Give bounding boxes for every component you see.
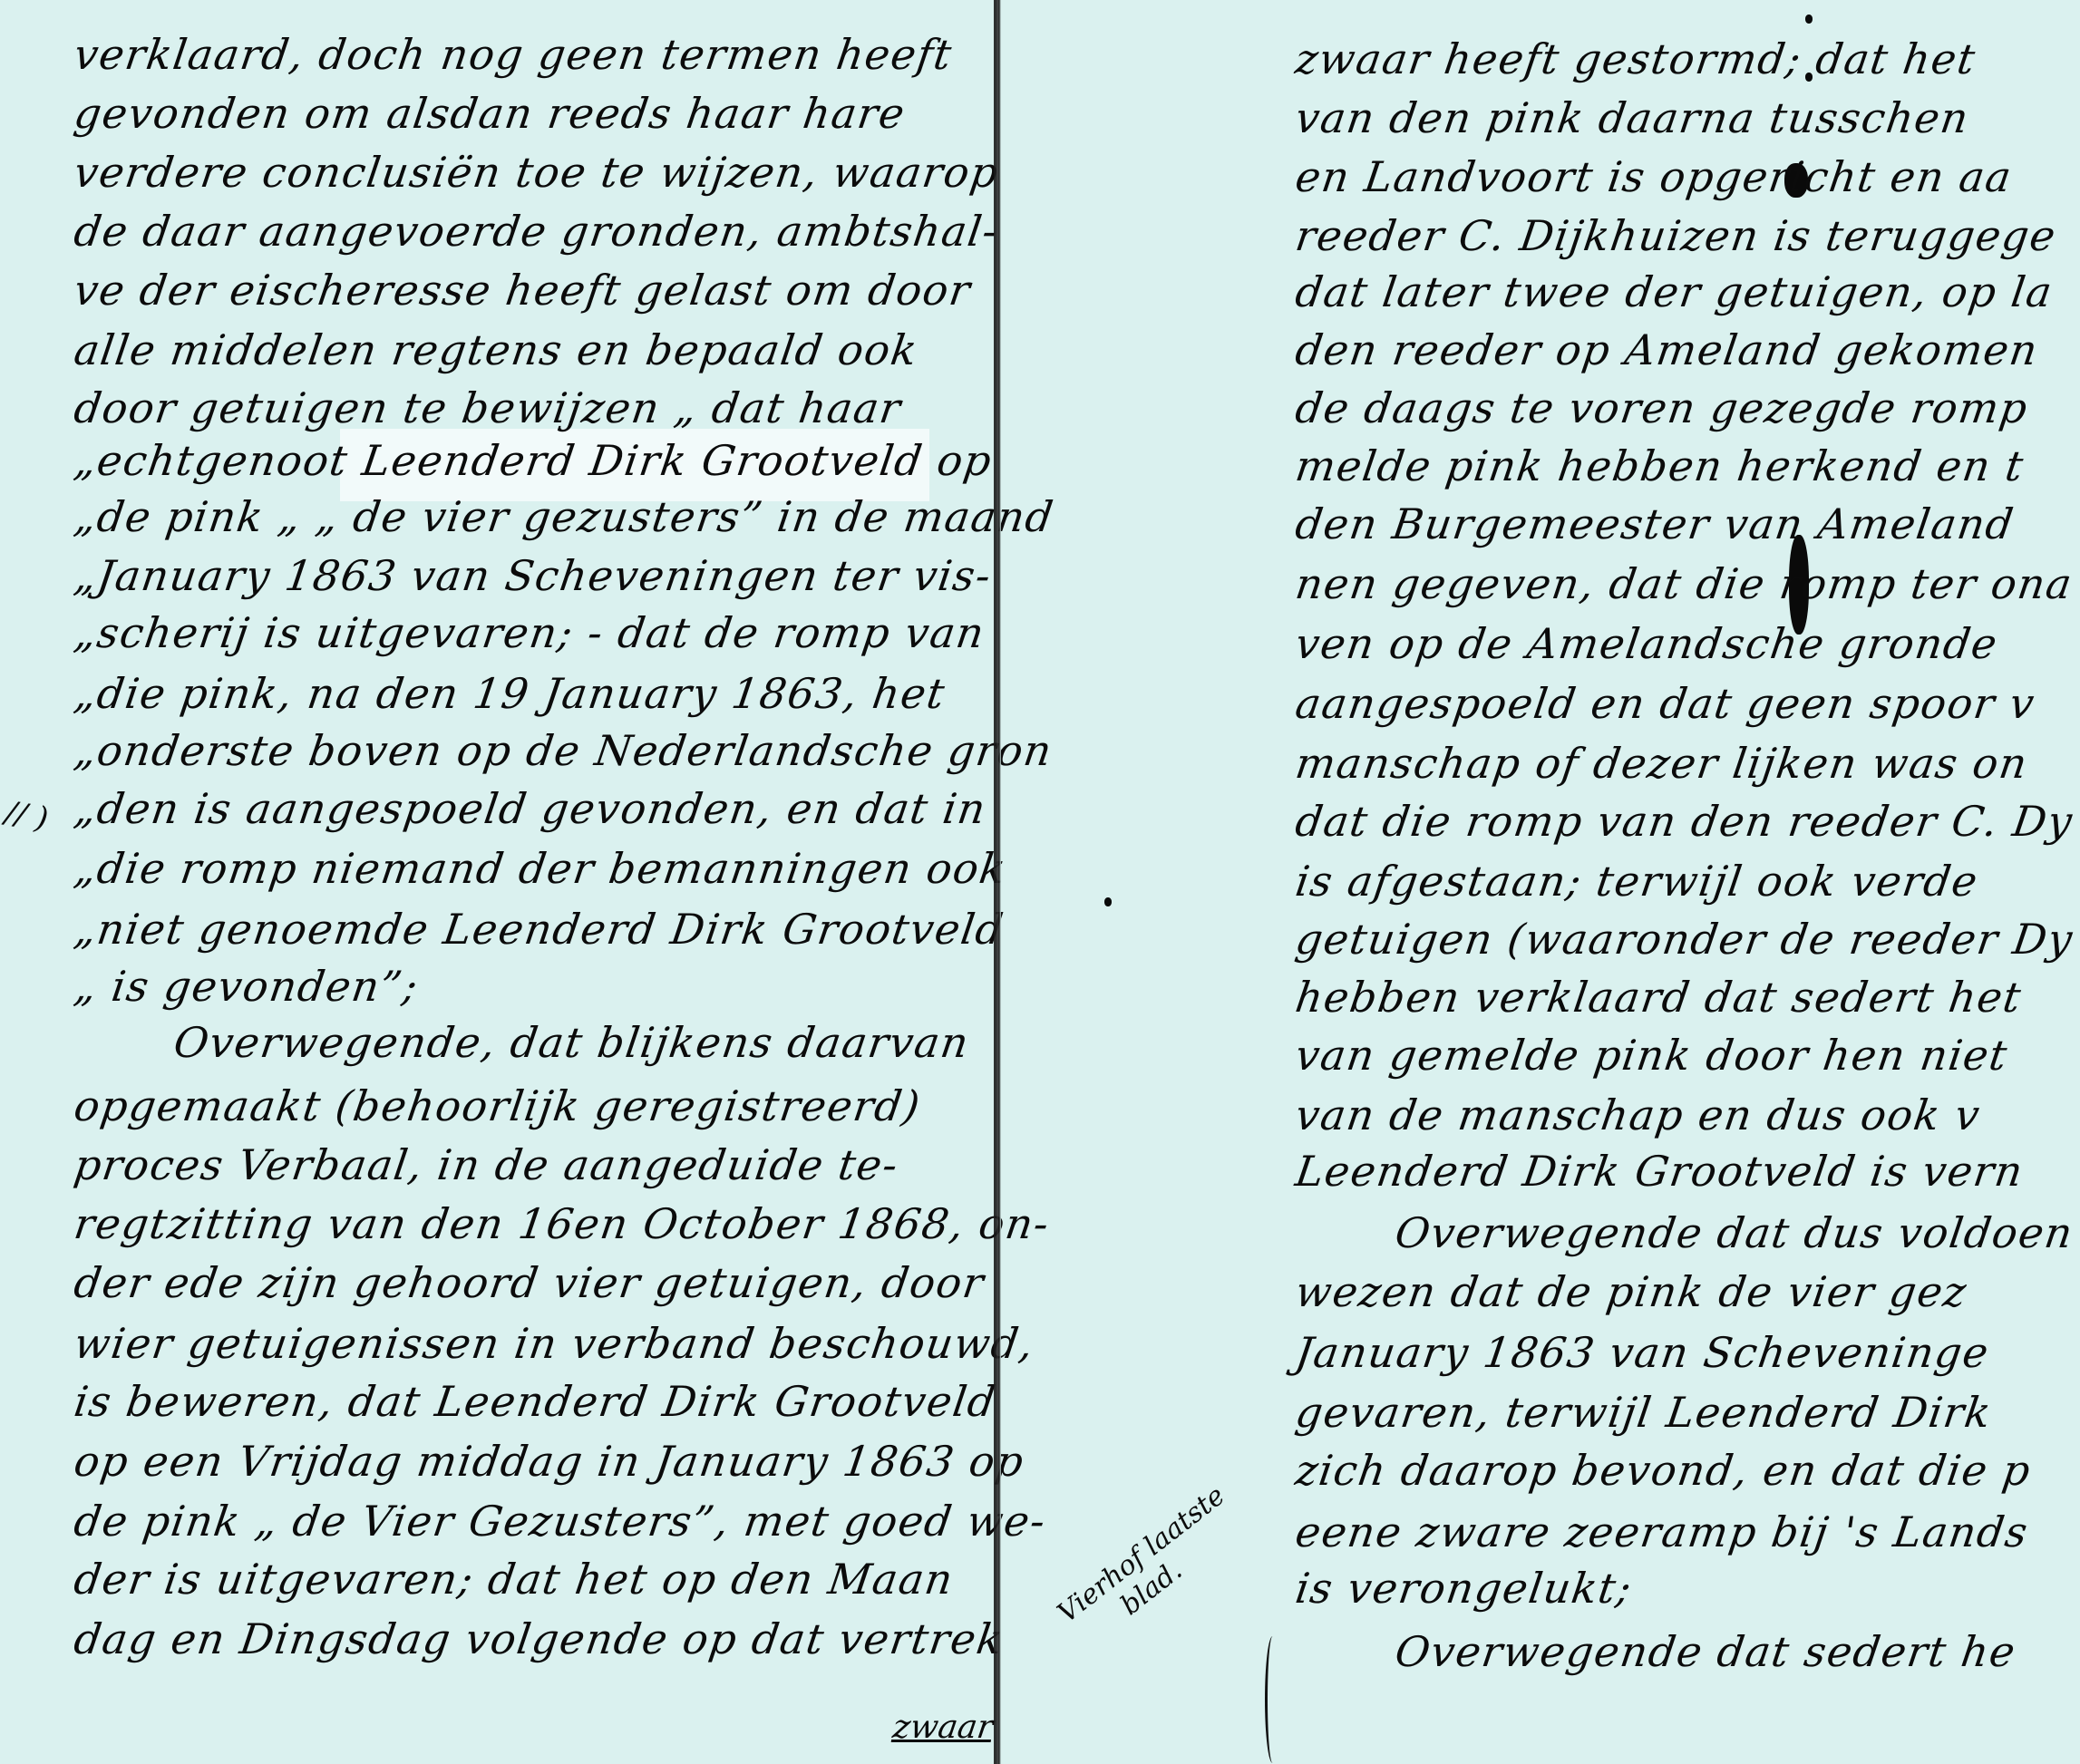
- text-line: op een Vrijdag middag in January 1863 op: [71, 1434, 1028, 1488]
- text-line: verdere conclusiën toe te wijzen, waarop: [71, 145, 1002, 199]
- text-line: melde pink hebben herkend en t: [1292, 439, 2027, 493]
- ink-blot: [1805, 15, 1813, 24]
- text-line: dat later twee der getuigen, op la: [1292, 265, 2056, 319]
- text-line: „echtgenoot Leenderd Dirk Grootveld op: [71, 433, 996, 488]
- text-line: wezen dat de pink de vier gez: [1292, 1265, 1971, 1319]
- text-line: dag en Dingsdag volgende op dat vertrek: [71, 1612, 1007, 1666]
- text-line: Overwegende, dat blijkens daarvan: [71, 1015, 973, 1070]
- text-line: manschap of dezer lijken was on: [1292, 736, 2032, 790]
- text-line: is verongelukt;: [1292, 1561, 1636, 1615]
- text-line: „onderste boven op de Nederlandsche gron: [71, 723, 1056, 778]
- text-line: en Landvoort is opgericht en aa: [1292, 150, 2016, 204]
- ink-blot: [1104, 897, 1112, 906]
- margin-bracket-mark: [1265, 1636, 1280, 1763]
- left-page: verklaard, doch nog geen termen heeftgev…: [0, 0, 997, 1764]
- left-margin-mark: // ): [3, 794, 51, 838]
- text-line: regtzitting van den 16en October 1868, o…: [71, 1197, 1054, 1251]
- catchword: zwaar: [890, 1709, 996, 1746]
- text-line: verklaard, doch nog geen termen heeft: [71, 27, 956, 82]
- text-line: aangespoeld en dat geen spoor v: [1292, 676, 2038, 731]
- text-line: der ede zijn gehoord vier getuigen, door: [71, 1255, 988, 1310]
- book-spine: [994, 0, 1001, 1764]
- text-line: ven op de Amelandsche gronde: [1292, 616, 2001, 671]
- text-line: Overwegende dat dus voldoen: [1292, 1206, 2077, 1260]
- text-line: gevaren, terwijl Leenderd Dirk: [1292, 1385, 1996, 1439]
- text-line: de daar aangevoerde gronden, ambtshal-: [71, 204, 1002, 258]
- text-line: den reeder op Ameland gekomen: [1292, 323, 2042, 377]
- text-line: „niet genoemde Leenderd Dirk Grootveld: [71, 902, 1007, 956]
- text-line: zwaar heeft gestormd; dat het: [1292, 32, 1979, 86]
- text-line: getuigen (waaronder de reeder Dy: [1292, 912, 2076, 966]
- text-line: dat die romp van den reeder C. Dy: [1292, 794, 2076, 848]
- text-line: zich daarop bevond, en dat die p: [1292, 1443, 2035, 1497]
- text-line: alle middelen regtens en bepaald ook: [71, 323, 921, 377]
- text-line: van gemelde pink door hen niet: [1292, 1028, 2011, 1082]
- text-line: de daags te voren gezegde romp: [1292, 381, 2032, 435]
- text-line: is beweren, dat Leenderd Dirk Grootveld: [71, 1374, 1000, 1429]
- text-line: reeder C. Dijkhuizen is teruggege: [1292, 208, 2060, 263]
- text-line: proces Verbaal, in de aangeduide te-: [71, 1138, 902, 1192]
- text-line: „ is gevonden”;: [71, 959, 423, 1013]
- text-line: „die romp niemand der bemanningen ook: [71, 841, 1010, 896]
- text-line: „January 1863 van Scheveningen ter vis-: [71, 548, 996, 603]
- text-line: January 1863 van Scheveninge: [1292, 1325, 1993, 1380]
- text-line: Leenderd Dirk Grootveld is vern: [1292, 1144, 2027, 1198]
- text-line: Overwegende dat sedert he: [1292, 1624, 2019, 1679]
- text-line: nen gegeven, dat die romp ter ona: [1292, 557, 2076, 611]
- text-line: is afgestaan; terwijl ook verde: [1292, 854, 1982, 908]
- text-line: opgemaakt (behoorlijk geregistreerd): [71, 1079, 924, 1133]
- text-line: de pink „ de Vier Gezusters”, met goed w…: [71, 1494, 1050, 1548]
- text-line: den Burgemeester van Ameland: [1292, 497, 2017, 551]
- text-line: door getuigen te bewijzen „ dat haar: [71, 381, 905, 435]
- text-line: „scherij is uitgevaren; - dat de romp va…: [71, 606, 988, 660]
- text-line: wier getuigenissen in verband beschouwd,: [71, 1316, 1038, 1371]
- text-line: van den pink daarna tusschen: [1292, 91, 1973, 145]
- text-line: „den is aangespoeld gevonden, en dat in: [71, 781, 990, 836]
- text-line: hebben verklaard dat sedert het: [1292, 970, 2026, 1024]
- text-line: ve der eischeresse heeft gelast om door: [71, 263, 975, 317]
- text-line: der is uitgevaren; dat het op den Maan: [71, 1552, 957, 1606]
- text-line: gevonden om alsdan reeds haar hare: [71, 86, 909, 141]
- text-line: van de manschap en dus ook v: [1292, 1088, 1984, 1142]
- text-line: „die pink, na den 19 January 1863, het: [71, 666, 949, 721]
- text-line: eene zware zeeramp bij 's Lands: [1292, 1505, 2032, 1559]
- text-line: „de pink „ „ de vier gezusters” in de ma…: [71, 489, 1057, 544]
